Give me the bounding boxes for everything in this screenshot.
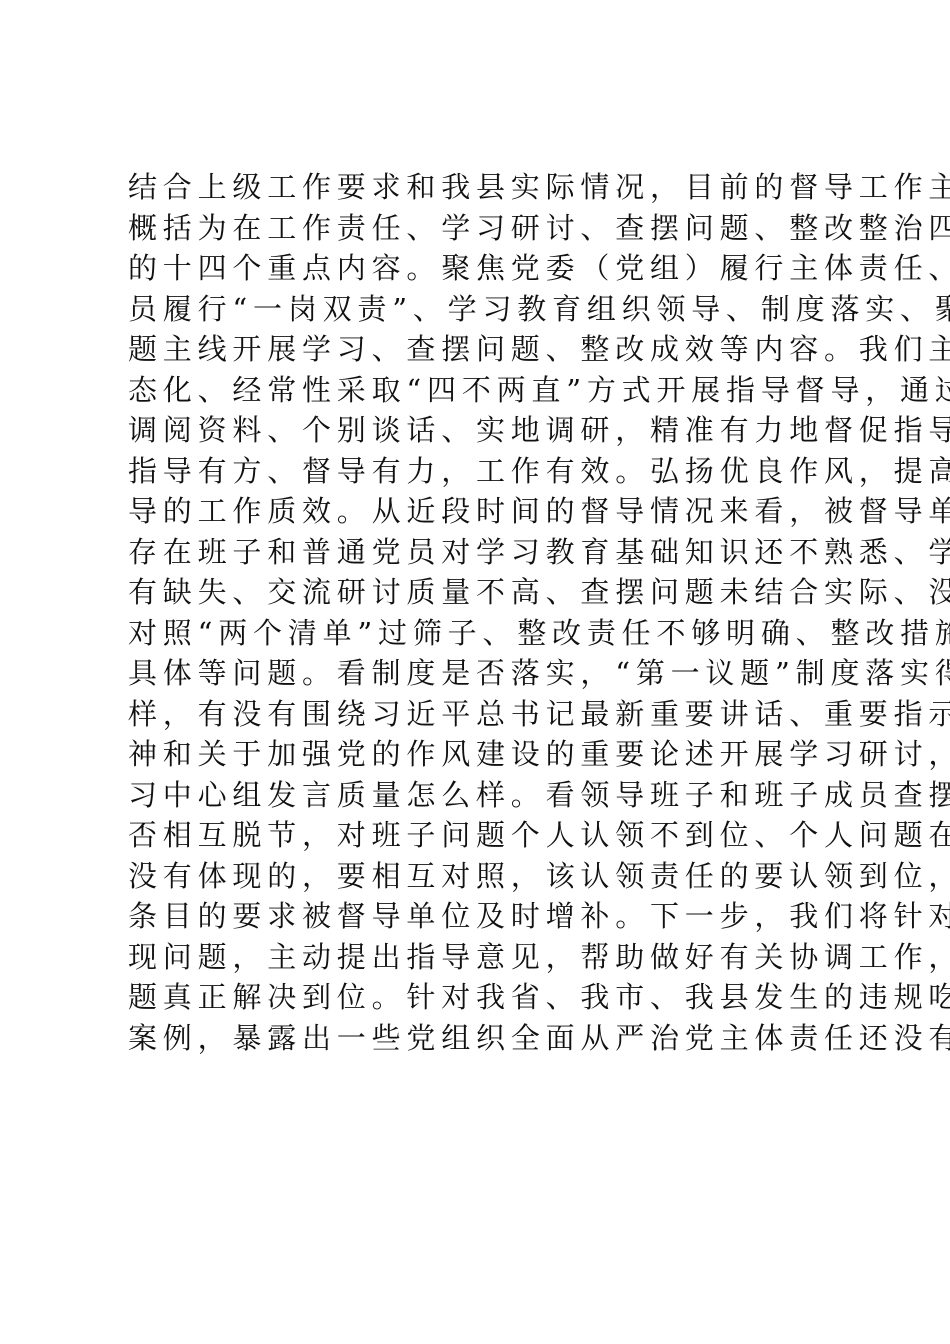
text-line: 题真正解决到位。针对我省、我市、我县发生的违规吃喝典型	[128, 977, 828, 1018]
text-line: 有缺失、交流研讨质量不高、查摆问题未结合实际、没有严格	[128, 572, 828, 613]
text-line: 没有体现的，要相互对照，该认领责任的要认领到位，该增补	[128, 856, 828, 897]
document-page: 结合上级工作要求和我县实际情况，目前的督导工作主要可以 概括为在工作责任、学习研…	[0, 0, 950, 1344]
text-line: 案例，暴露出一些党组织全面从严治党主体责任还没有压实，	[128, 1018, 828, 1059]
text-line: 神和关于加强党的作风建设的重要论述开展学习研讨，理论学	[128, 734, 828, 775]
text-line: 习中心组发言质量怎么样。看领导班子和班子成员查摆问题是	[128, 775, 828, 816]
text-line: 否相互脱节，对班子问题个人认领不到位、个人问题在班子中	[128, 815, 828, 856]
body-paragraph: 结合上级工作要求和我县实际情况，目前的督导工作主要可以 概括为在工作责任、学习研…	[128, 167, 828, 1058]
text-line: 具体等问题。看制度是否落实，“第一议题”制度落实得怎么	[128, 653, 828, 694]
text-line: 条目的要求被督导单位及时增补。下一步，我们将针对这些发	[128, 896, 828, 937]
text-line: 调阅资料、个别谈话、实地调研，精准有力地督促指导，做到	[128, 410, 828, 451]
text-line: 现问题，主动提出指导意见，帮助做好有关协调工作，推动问	[128, 937, 828, 978]
text-line: 导的工作质效。从近段时间的督导情况来看，被督导单位主要	[128, 491, 828, 532]
text-line: 概括为在工作责任、学习研讨、查摆问题、整改整治四个方面	[128, 208, 828, 249]
text-line: 指导有方、督导有力，工作有效。弘扬优良作风，提高指导督	[128, 451, 828, 492]
text-line: 存在班子和普通党员对学习教育基础知识还不熟悉、学习内容	[128, 532, 828, 573]
text-line: 态化、经常性采取“四不两直”方式开展指导督导，通过采取	[128, 370, 828, 411]
text-line: 结合上级工作要求和我县实际情况，目前的督导工作主要可以	[128, 167, 828, 208]
text-line: 的十四个重点内容。聚焦党委（党组）履行主体责任、班子成	[128, 248, 828, 289]
text-line: 题主线开展学习、查摆问题、整改成效等内容。我们主要是常	[128, 329, 828, 370]
text-line: 员履行“一岗双责”、学习教育组织领导、制度落实、聚焦主	[128, 289, 828, 330]
text-line: 对照“两个清单”过筛子、整改责任不够明确、整改措施不够	[128, 613, 828, 654]
text-line: 样，有没有围绕习近平总书记最新重要讲话、重要指示批示精	[128, 694, 828, 735]
